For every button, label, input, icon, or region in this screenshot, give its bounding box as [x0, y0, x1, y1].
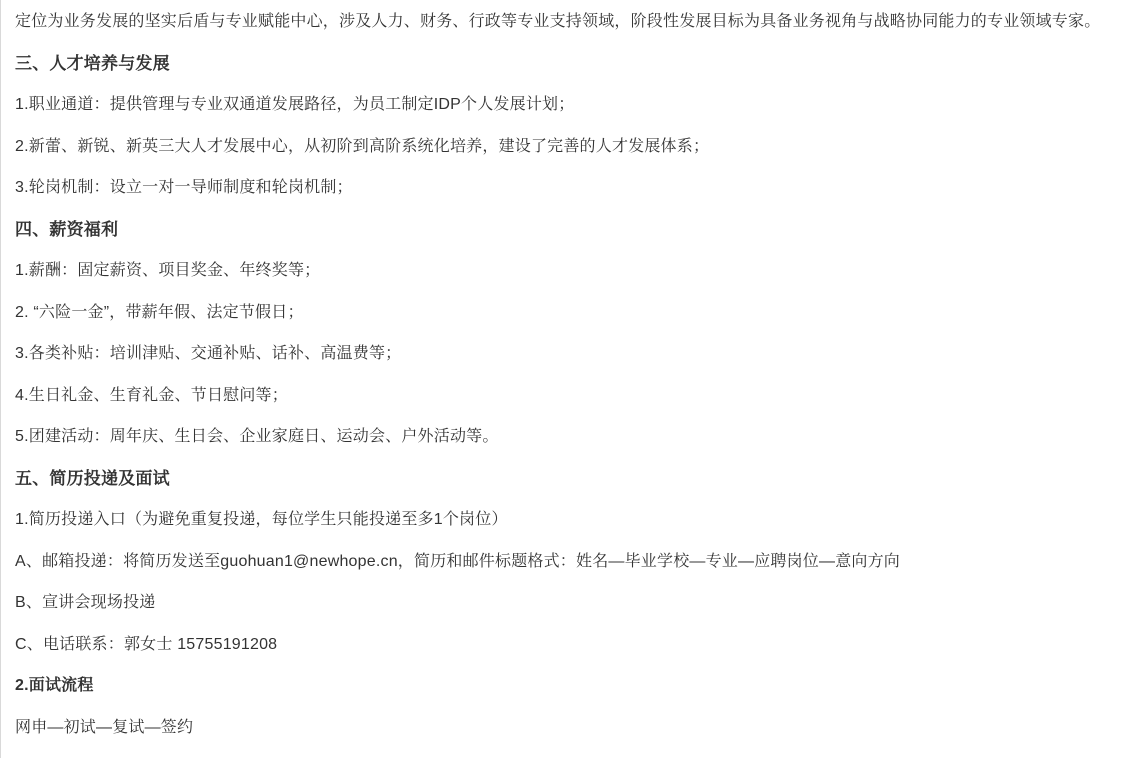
intro-paragraph: 定位为业务发展的坚实后盾与专业赋能中心，涉及人力、财务、行政等专业支持领域，阶段… [15, 13, 1136, 30]
resume-entry-email: A、邮箱投递：将简历发送至guohuan1@newhope.cn，简历和邮件标题… [15, 553, 1136, 570]
benefit-item-gifts: 4.生日礼金、生育礼金、节日慰问等； [15, 387, 1136, 404]
benefit-item-insurance: 2. “六险一金”，带薪年假、法定节假日； [15, 304, 1136, 321]
resume-entry-phone: C、电话联系：郭女士 15755191208 [15, 636, 1136, 653]
section-heading-resume-interview: 五、简历投递及面试 [15, 470, 1136, 487]
benefit-item-salary: 1.薪酬：固定薪资、项目奖金、年终奖等； [15, 262, 1136, 279]
resume-entry-note: 1.简历投递入口（为避免重复投递，每位学生只能投递至多1个岗位） [15, 511, 1136, 528]
job-posting-document: 定位为业务发展的坚实后盾与专业赋能中心，涉及人力、财务、行政等专业支持领域，阶段… [0, 0, 1146, 758]
interview-process-steps: 网申—初试—复试—签约 [15, 719, 1136, 736]
talent-item-rotation-mechanism: 3.轮岗机制：设立一对一导师制度和轮岗机制； [15, 179, 1136, 196]
section-heading-talent-development: 三、人才培养与发展 [15, 55, 1136, 72]
section-heading-salary-benefits: 四、薪资福利 [15, 221, 1136, 238]
benefit-item-team-building: 5.团建活动：周年庆、生日会、企业家庭日、运动会、户外活动等。 [15, 428, 1136, 445]
talent-item-career-path: 1.职业通道：提供管理与专业双通道发展路径，为员工制定IDP个人发展计划； [15, 96, 1136, 113]
interview-process-heading: 2.面试流程 [15, 677, 1136, 694]
benefit-item-subsidies: 3.各类补贴：培训津贴、交通补贴、话补、高温费等； [15, 345, 1136, 362]
talent-item-development-centers: 2.新蕾、新锐、新英三大人才发展中心，从初阶到高阶系统化培养，建设了完善的人才发… [15, 138, 1136, 155]
resume-entry-onsite: B、宣讲会现场投递 [15, 594, 1136, 611]
